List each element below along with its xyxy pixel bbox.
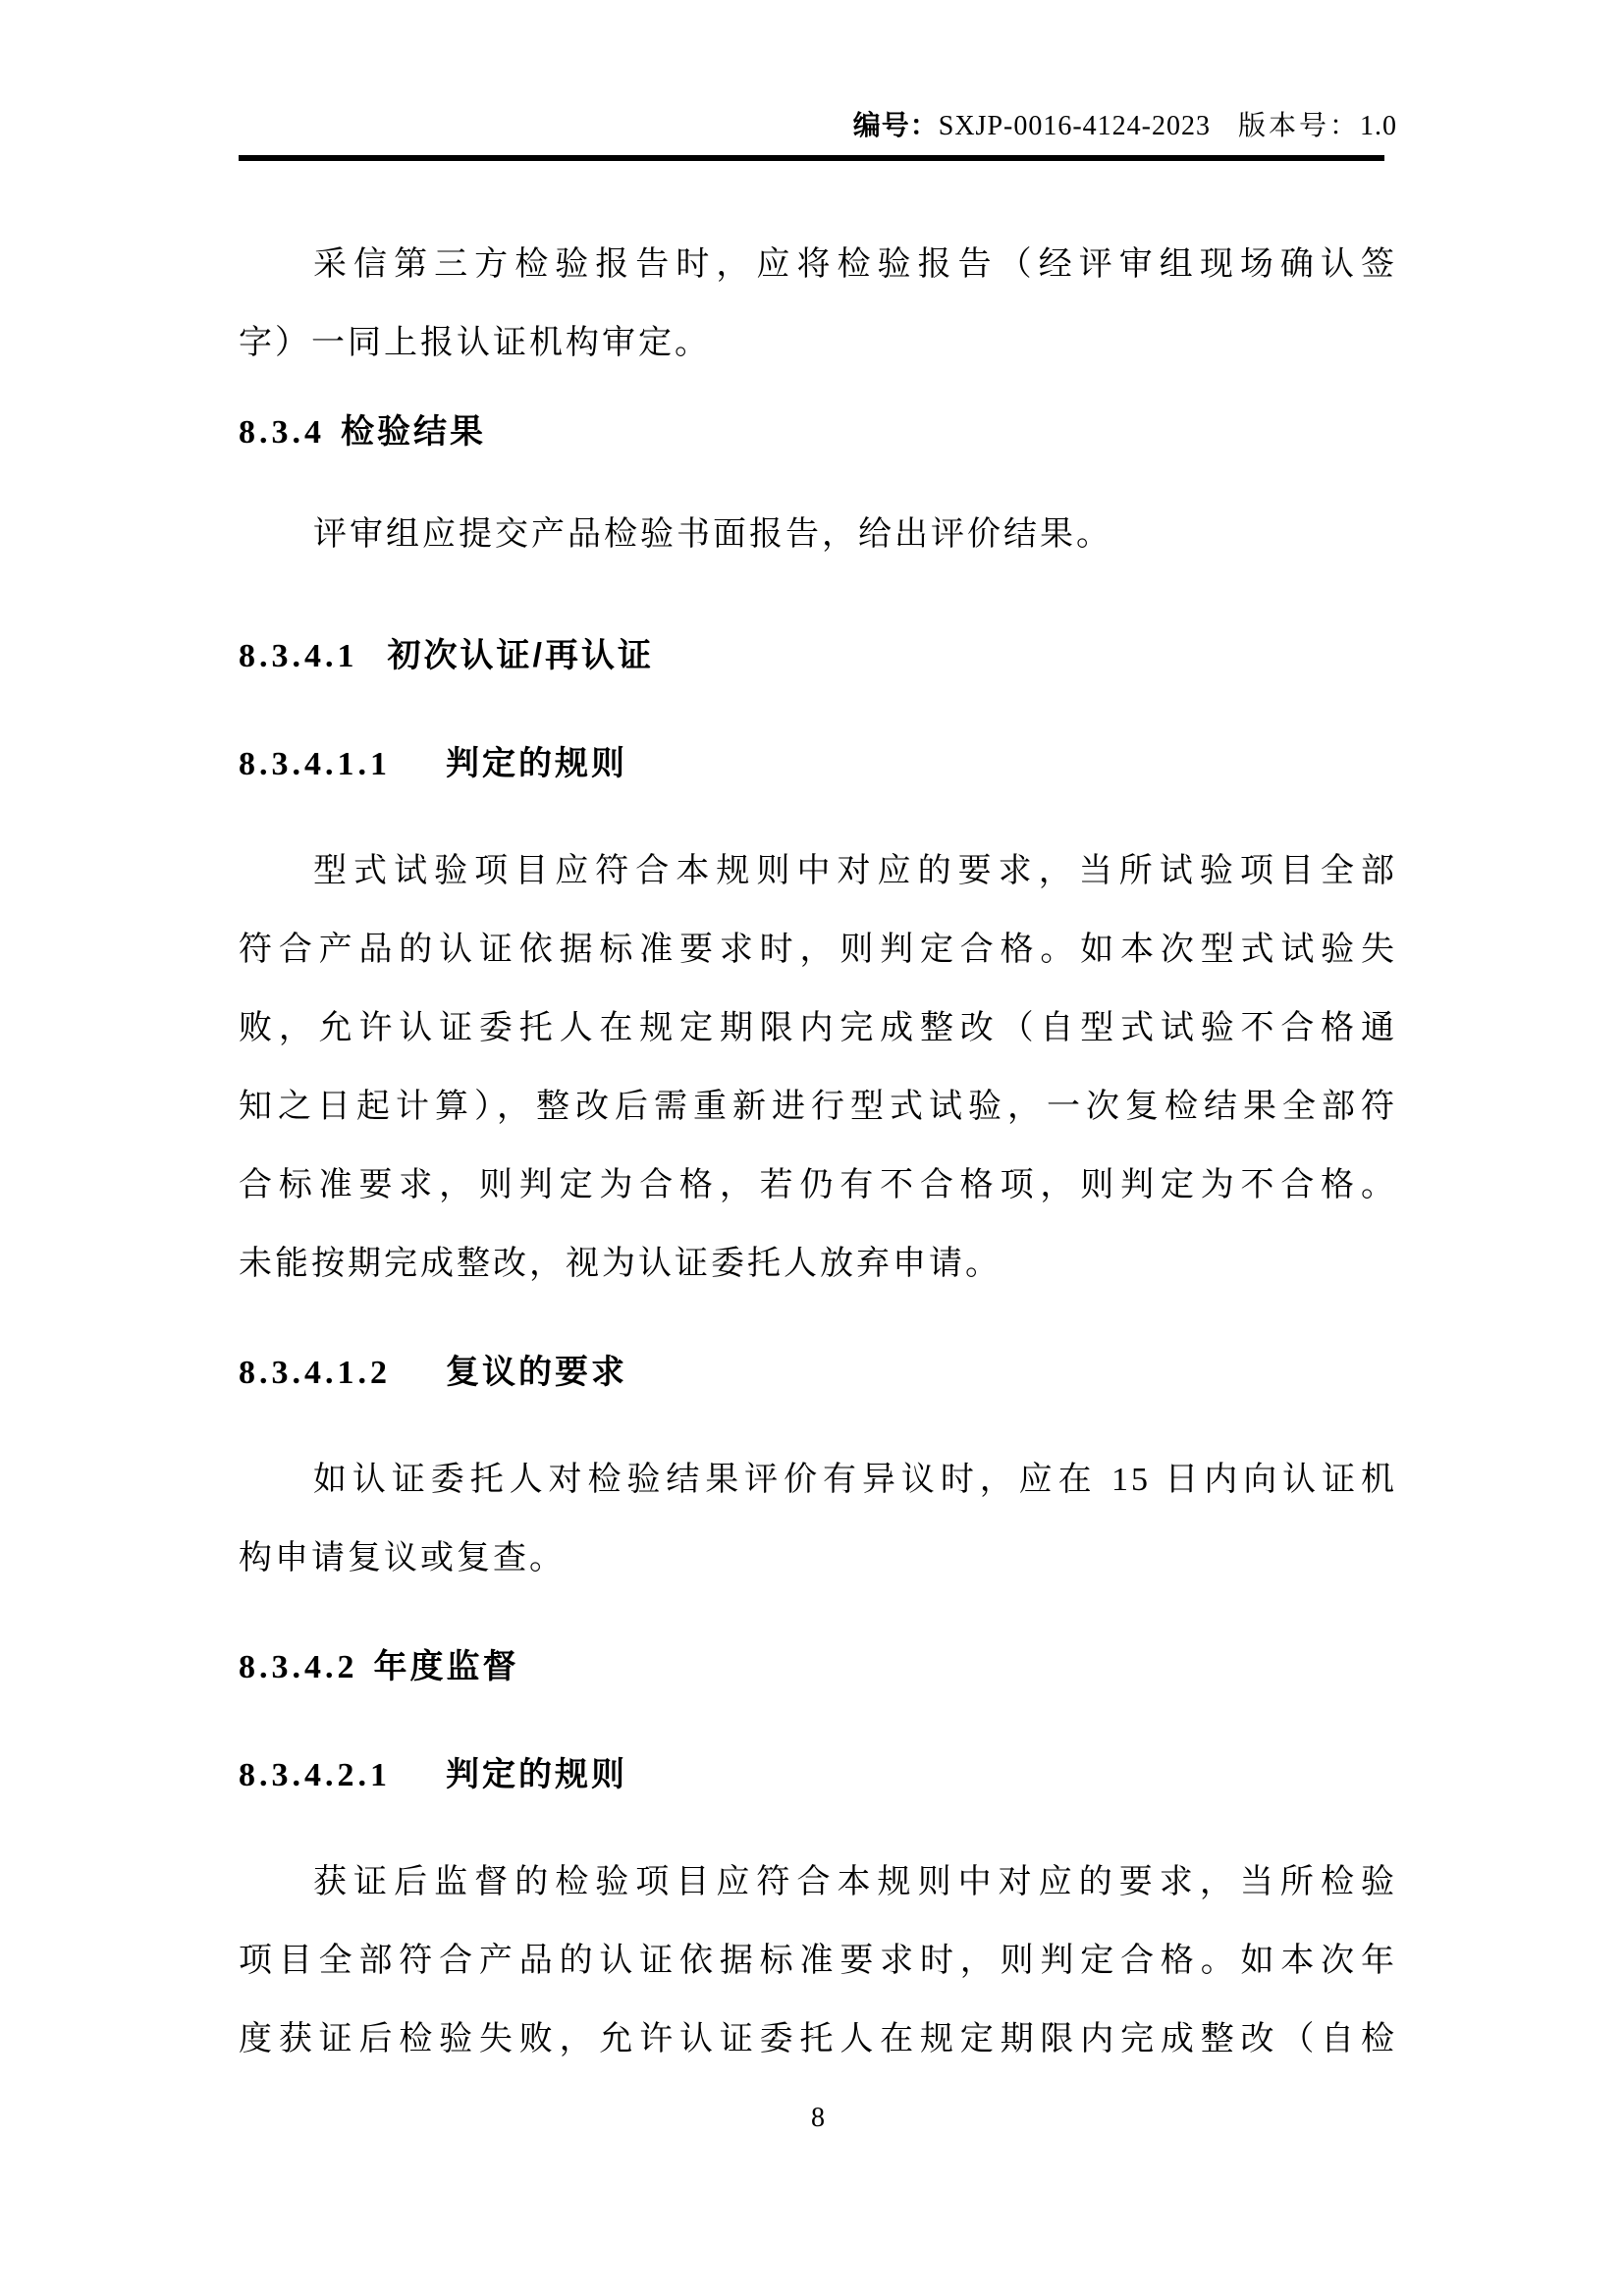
- heading-title: 年度监督: [374, 1628, 519, 1706]
- paragraph-8-3-4: 评审组应提交产品检验书面报告，给出评价结果。: [239, 496, 1397, 574]
- paragraph-line: 度获证后检验失败，允许认证委托人在规定期限内完成整改（自检: [239, 2001, 1397, 2079]
- paragraph-line: 如认证委托人对检验结果评价有异议时，应在 15 日内向认证机: [239, 1441, 1397, 1520]
- paragraph-8-3-4-1-2: 如认证委托人对检验结果评价有异议时，应在 15 日内向认证机 构申请复议或复查。: [239, 1441, 1397, 1598]
- paragraph-line: 评审组应提交产品检验书面报告，给出评价结果。: [239, 496, 1397, 574]
- heading-8-3-4-2-1: 8.3.4.2.1 判定的规则: [239, 1735, 1397, 1814]
- paragraph-line: 采信第三方检验报告时，应将检验报告（经评审组现场确认签: [239, 226, 1397, 304]
- paragraph-line: 未能按期完成整改，视为认证委托人放弃申请。: [239, 1225, 1397, 1304]
- heading-8-3-4-1: 8.3.4.1 初次认证/再认证: [239, 616, 1397, 695]
- doc-number-label: 编号：: [853, 110, 939, 140]
- paragraph-line: 合标准要求，则判定为合格，若仍有不合格项，则判定为不合格。: [239, 1147, 1397, 1225]
- heading-number: 8.3.4.2: [239, 1629, 358, 1707]
- paragraph-line: 型式试验项目应符合本规则中对应的要求，当所试验项目全部: [239, 832, 1397, 911]
- heading-title: 检验结果: [341, 393, 486, 471]
- paragraph-line: 符合产品的认证依据标准要求时，则判定合格。如本次型式试验失: [239, 911, 1397, 989]
- heading-number: 8.3.4.2.1: [239, 1736, 391, 1815]
- paragraph-line: 知之日起计算），整改后需重新进行型式试验，一次复检结果全部符: [239, 1068, 1397, 1147]
- heading-title: 初次认证/再认证: [388, 616, 654, 695]
- header-rule: [239, 155, 1384, 161]
- doc-number-value: SXJP-0016-4124-2023: [939, 111, 1211, 141]
- paragraph-line: 获证后监督的检验项目应符合本规则中对应的要求，当所检验: [239, 1843, 1397, 1922]
- paragraph-8-3-4-1-1: 型式试验项目应符合本规则中对应的要求，当所试验项目全部 符合产品的认证依据标准要…: [239, 832, 1397, 1304]
- heading-number: 8.3.4.1.1: [239, 725, 391, 804]
- page-number: 8: [811, 2103, 825, 2133]
- document-page: 编号：SXJP-0016-4124-2023版本号：1.0 采信第三方检验报告时…: [0, 0, 1624, 2296]
- paragraph-line: 项目全部符合产品的认证依据标准要求时，则判定合格。如本次年: [239, 1922, 1397, 2001]
- heading-8-3-4-1-1: 8.3.4.1.1 判定的规则: [239, 724, 1397, 803]
- version-label: 版本号：: [1238, 111, 1360, 141]
- heading-8-3-4: 8.3.4 检验结果: [239, 393, 1397, 471]
- heading-title: 判定的规则: [446, 1735, 627, 1814]
- paragraph-line: 字）一同上报认证机构审定。: [239, 304, 1397, 383]
- paragraph-8-3-4-2-1: 获证后监督的检验项目应符合本规则中对应的要求，当所检验 项目全部符合产品的认证依…: [239, 1843, 1397, 2079]
- paragraph-line: 构申请复议或复查。: [239, 1520, 1397, 1598]
- version-value: 1.0: [1360, 111, 1397, 141]
- paragraph-line: 败，允许认证委托人在规定期限内完成整改（自型式试验不合格通: [239, 989, 1397, 1068]
- page-footer: 8: [239, 2079, 1397, 2158]
- heading-8-3-4-1-2: 8.3.4.1.2 复议的要求: [239, 1333, 1397, 1412]
- heading-number: 8.3.4: [239, 394, 325, 472]
- heading-title: 复议的要求: [446, 1333, 627, 1412]
- document-content: 编号：SXJP-0016-4124-2023版本号：1.0 采信第三方检验报告时…: [239, 0, 1397, 2296]
- heading-title: 判定的规则: [446, 724, 627, 803]
- heading-number: 8.3.4.1.2: [239, 1334, 391, 1413]
- heading-number: 8.3.4.1: [239, 617, 358, 696]
- paragraph-intro: 采信第三方检验报告时，应将检验报告（经评审组现场确认签 字）一同上报认证机构审定…: [239, 226, 1397, 383]
- heading-8-3-4-2: 8.3.4.2 年度监督: [239, 1628, 1397, 1706]
- page-header: 编号：SXJP-0016-4124-2023版本号：1.0: [239, 104, 1397, 148]
